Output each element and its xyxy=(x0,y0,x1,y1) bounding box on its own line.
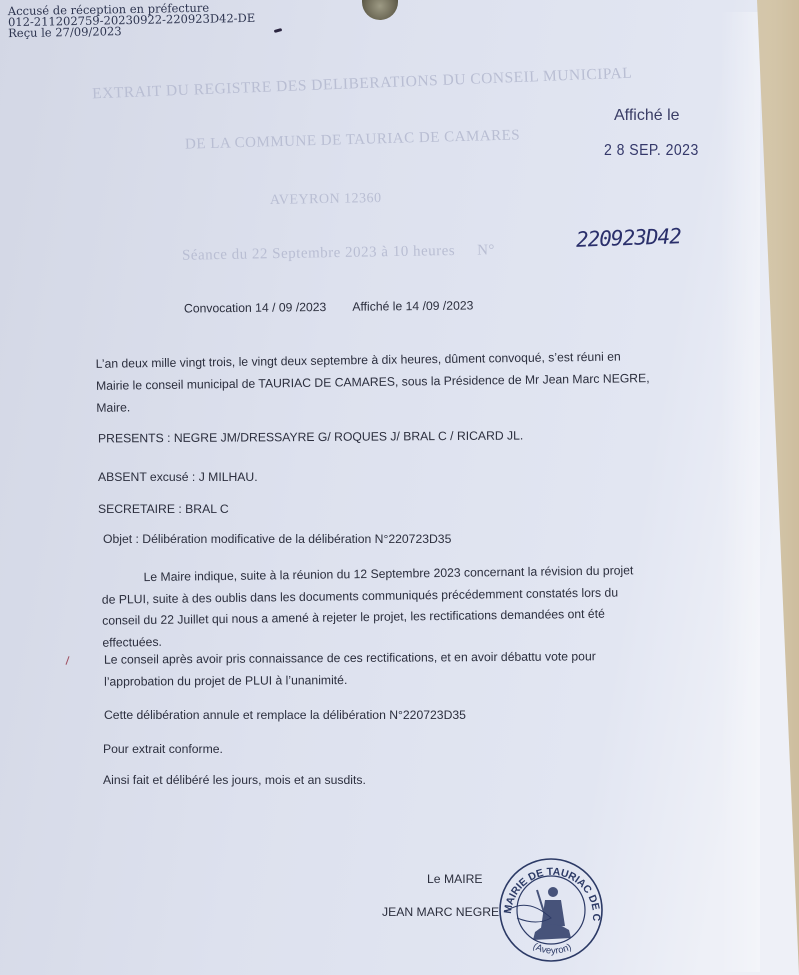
signature-title: Le MAIRE xyxy=(427,872,483,886)
secretary: SECRETAIRE : BRAL C xyxy=(98,502,229,516)
posted-stamp-label: Affiché le xyxy=(614,107,680,125)
session-date: Séance du 22 Septembre 2023 à 10 heures xyxy=(182,243,455,264)
posted-stamp-date: 2 8 SEP. 2023 xyxy=(604,142,699,160)
closing-line: Ainsi fait et délibéré les jours, mois e… xyxy=(103,773,366,787)
svg-text:(Aveyron): (Aveyron) xyxy=(531,941,573,957)
number-label: N° xyxy=(477,242,495,258)
statement-paragraph: Le Maire indique, suite à la réunion du … xyxy=(101,560,634,653)
convocation-date: Convocation 14 / 09 /2023 xyxy=(184,300,326,315)
mairie-seal-icon: MAIRIE DE TAURIAC DE CAMARES (Aveyron) xyxy=(497,856,605,964)
prefecture-receipt-stamp: Accusé de réception en préfecture 012-21… xyxy=(8,2,256,39)
vote-paragraph: Le conseil après avoir pris connaissance… xyxy=(104,645,596,692)
conformity-line: Pour extrait conforme. xyxy=(103,742,223,756)
present-members: PRESENTS : NEGRE JM/DRESSAYRE G/ ROQUES … xyxy=(98,429,523,446)
object-line: Objet : Délibération modificative de la … xyxy=(103,532,451,546)
seal-bottom-text: (Aveyron) xyxy=(531,941,573,957)
header-department: AVEYRON 12360 xyxy=(270,191,382,209)
annulment-line: Cette délibération annule et remplace la… xyxy=(104,708,466,722)
vote-line: Le conseil après avoir pris connaissance… xyxy=(104,645,596,670)
vote-line: l’approbation du projet de PLUI à l’unan… xyxy=(104,667,596,692)
deliberation-number: 220923D42 xyxy=(576,224,682,252)
intro-paragraph: L’an deux mille vingt trois, le vingt de… xyxy=(96,345,650,419)
absent-members: ABSENT excusé : J MILHAU. xyxy=(98,470,258,484)
signature-name: JEAN MARC NEGRE xyxy=(382,905,499,919)
convocation-posted: Affiché le 14 /09 /2023 xyxy=(352,298,473,313)
